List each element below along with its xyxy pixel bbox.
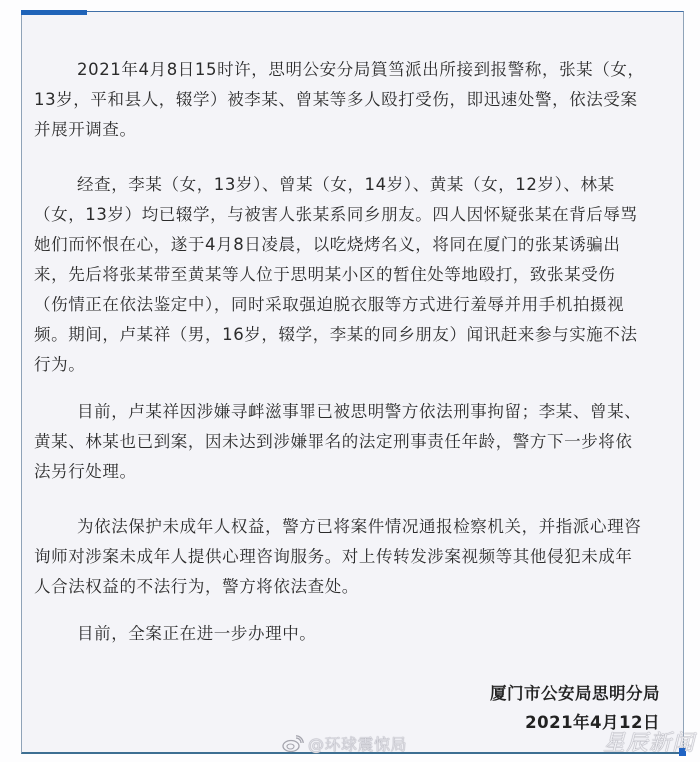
text-line: 询师对涉案未成年人提供心理咨询服务。对上传转发涉案视频等其他侵犯未成年 [34,542,670,572]
text-line: 行为。 [34,350,670,380]
text-line: 法另行处理。 [34,457,670,487]
text-line: （伤情正在依法鉴定中），同时采取强迫脱衣服等方式进行羞辱并用手机拍摄视 [34,290,670,320]
paragraph-protection: 为依法保护未成年人权益，警方已将案件情况通报检察机关，并指派心理咨 询师对涉案未… [34,512,670,602]
text-line: 黄某、林某也已到案，因未达到涉嫌罪名的法定刑事责任年龄，警方下一步将依 [34,427,670,457]
text-line: 人合法权益的不法行为，警方将依法查处。 [34,572,670,602]
paragraph-report: 2021年4月8日15时许，思明公安分局篔筜派出所接到报警称，张某（女， 13岁… [34,55,670,145]
paragraph-current-status: 目前，卢某祥因涉嫌寻衅滋事罪已被思明警方依法刑事拘留；李某、曾某、 黄某、林某也… [34,397,670,487]
text-line: 并展开调查。 [34,115,670,145]
paragraph-progress: 目前，全案正在进一步办理中。 [34,619,670,649]
weibo-icon [282,735,304,753]
text-line: 目前，卢某祥因涉嫌寻衅滋事罪已被思明警方依法刑事拘留；李某、曾某、 [34,397,670,427]
text-line: 为依法保护未成年人权益，警方已将案件情况通报检察机关，并指派心理咨 [34,512,670,542]
text-line: 2021年4月8日15时许，思明公安分局篔筜派出所接到报警称，张某（女， [34,55,670,85]
accent-bar [21,10,87,15]
issuer-name: 厦门市公安局思明分局 [490,680,660,704]
text-line: 她们而怀恨在心，遂于4月8日凌晨，以吃烧烤名义，将同在厦门的张某诱骗出 [34,230,670,260]
weibo-handle: @环球震惊局 [308,732,407,755]
text-line: 频。期间，卢某祥（男，16岁，辍学，李某的同乡朋友）闻讯赶来参与实施不法 [34,320,670,350]
text-line: （女，13岁）均已辍学，与被害人张某系同乡朋友。四人因怀疑张某在背后辱骂 [34,200,670,230]
text-line: 13岁，平和县人，辍学）被李某、曾某等多人殴打受伤，即迅速处警，依法受案 [34,85,670,115]
text-line: 来，先后将张某带至黄某等人位于思明某小区的暂住处等地殴打，致张某受伤 [34,260,670,290]
paragraph-investigation: 经查，李某（女，13岁）、曾某（女，14岁）、黄某（女，12岁）、林某 （女，1… [34,170,670,380]
weibo-watermark: @环球震惊局 [282,732,407,755]
text-line: 经查，李某（女，13岁）、曾某（女，14岁）、黄某（女，12岁）、林某 [34,170,670,200]
text-line: 目前，全案正在进一步办理中。 [34,619,670,649]
news-brand-watermark: 星辰新闻 [603,726,695,757]
